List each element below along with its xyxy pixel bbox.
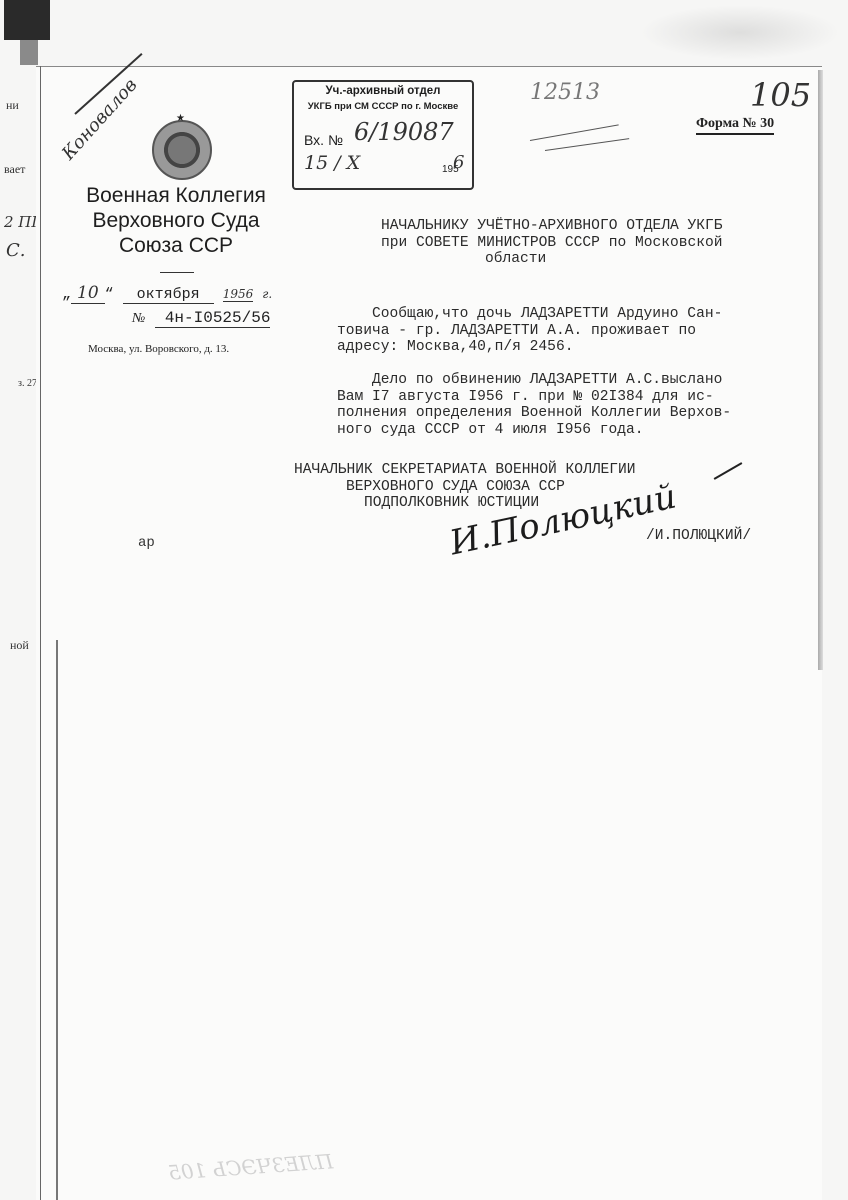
- date-year-print: 195: [223, 287, 246, 301]
- date-year-hand: 6: [246, 287, 254, 301]
- archive-stamp: Уч.-архивный отдел УКГБ при СМ СССР по г…: [292, 80, 474, 190]
- paper-stain: [640, 5, 840, 60]
- stamp-line-2: УКГБ при СМ СССР по г. Москве: [294, 101, 472, 112]
- body-line: Сообщаю,что дочь ЛАДЗАРЕТТИ Ардуино Сан-: [337, 306, 722, 323]
- stamp-year-hand: 6: [453, 152, 464, 173]
- reference-number: № 4н-I0525/56: [132, 309, 270, 327]
- stamp-date: 15 / X: [304, 152, 360, 174]
- body-paragraph-2: Дело по обвинению ЛАДЗАРЕТТИ А.С.выслано…: [337, 372, 731, 438]
- body-line: Дело по обвинению ЛАДЗАРЕТТИ А.С.выслано: [337, 372, 731, 389]
- ussr-emblem-icon: [152, 120, 212, 180]
- date-suffix: г.: [262, 287, 272, 301]
- margin-fragment: з. 27: [18, 378, 37, 389]
- pencil-number: 12513: [530, 80, 600, 105]
- letterhead-address: Москва, ул. Воровского, д. 13.: [88, 343, 229, 355]
- margin-fragment: ни: [6, 98, 19, 113]
- margin-handwriting: С.: [6, 240, 26, 261]
- date-day: 10: [71, 283, 105, 304]
- form-number: Форма № 30: [696, 116, 774, 135]
- stray-typed-text: ар: [138, 535, 155, 551]
- margin-fragment: вает: [4, 162, 25, 177]
- addressee-block: НАЧАЛЬНИКУ УЧЁТНО-АРХИВНОГО ОТДЕЛА УКГБп…: [381, 218, 723, 268]
- sheet-edge: [40, 66, 41, 1200]
- sheet-number-handwritten: 105: [750, 76, 811, 114]
- sheet-shadow: [818, 70, 823, 670]
- letterhead-organization: Военная Коллегия Верховного Суда Союза С…: [70, 183, 282, 258]
- signer-name: /И.ПОЛЮЦКИЙ/: [646, 528, 751, 545]
- letterhead-line: Военная Коллегия: [70, 183, 282, 208]
- letter-date: „10“ октября 1956 г.: [62, 283, 272, 303]
- stamp-incoming-label: Вх. №: [304, 132, 343, 148]
- signature-line: НАЧАЛЬНИК СЕКРЕТАРИАТА ВОЕННОЙ КОЛЛЕГИИ: [294, 462, 636, 479]
- body-paragraph-1: Сообщаю,что дочь ЛАДЗАРЕТТИ Ардуино Сан-…: [337, 306, 722, 356]
- stamp-day: 15: [304, 152, 328, 174]
- stamp-incoming-number: 6/19087: [354, 118, 454, 146]
- sheet-edge: [56, 640, 58, 1200]
- date-year: 1956: [223, 287, 254, 302]
- addressee-line: НАЧАЛЬНИКУ УЧЁТНО-АРХИВНОГО ОТДЕЛА УКГБ: [381, 218, 723, 235]
- addressee-line: области: [381, 251, 723, 268]
- ref-prefix: №: [132, 311, 145, 326]
- binder-tab: [4, 0, 50, 40]
- letterhead-line: Верховного Суда: [70, 208, 282, 233]
- date-month: октября: [123, 286, 214, 304]
- stamp-month: X: [347, 152, 361, 174]
- margin-fragment: ной: [10, 638, 29, 653]
- body-line: ного суда СССР от 4 июля I956 года.: [337, 422, 731, 439]
- stamp-line-1: Уч.-архивный отдел: [294, 85, 472, 97]
- body-line: Вам I7 августа I956 г. при № 02I384 для …: [337, 389, 731, 406]
- addressee-line: при СОВЕТЕ МИНИСТРОВ СССР по Московской: [381, 235, 723, 252]
- body-line: товича - гр. ЛАДЗАРЕТТИ А.А. проживает п…: [337, 323, 722, 340]
- signature-line: ВЕРХОВНОГО СУДА СОЮЗА ССР: [294, 479, 636, 496]
- binder-tab-shadow: [20, 40, 38, 65]
- letterhead-divider: [160, 272, 194, 273]
- body-line: адресу: Москва,40,п/я 2456.: [337, 339, 722, 356]
- letterhead-line: Союза ССР: [70, 233, 282, 258]
- body-line: полнения определения Военной Коллегии Ве…: [337, 405, 731, 422]
- ref-value: 4н-I0525/56: [155, 309, 271, 328]
